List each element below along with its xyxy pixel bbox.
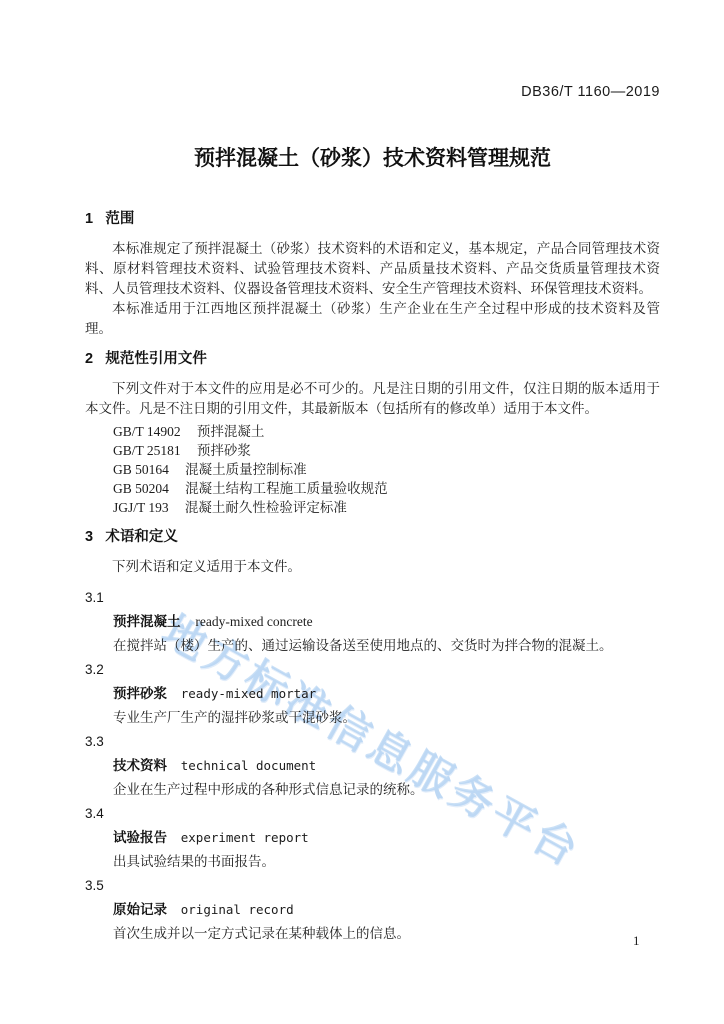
term-definition: 首次生成并以一定方式记录在某种载体上的信息。	[85, 922, 660, 946]
section-3-paragraph-1: 下列术语和定义适用于本文件。	[85, 557, 660, 577]
term-name-zh: 预拌砂浆	[113, 686, 167, 701]
doc-code: DB36/T 1160—2019	[85, 84, 660, 101]
document-page: 地方标准信息服务平台 DB36/T 1160—2019 预拌混凝土（砂浆）技术资…	[0, 0, 724, 1024]
term-name: 预拌砂浆ready-mixed mortar	[85, 682, 660, 706]
term-name-zh: 原始记录	[113, 902, 167, 917]
page-content: DB36/T 1160—2019 预拌混凝土（砂浆）技术资料管理规范 1范围 本…	[0, 0, 724, 946]
normative-references-list: GB/T 14902预拌混凝土 GB/T 25181预拌砂浆 GB 50164混…	[85, 422, 660, 517]
term-name-en: experiment report	[181, 830, 309, 845]
term-number: 3.3	[85, 730, 660, 754]
reference-code: GB/T 14902	[113, 424, 181, 439]
doc-title: 预拌混凝土（砂浆）技术资料管理规范	[85, 145, 660, 173]
section-1-paragraph-2: 本标准适用于江西地区预拌混凝土（砂浆）生产企业在生产全过程中形成的技术资料及管理…	[85, 299, 660, 339]
reference-item: GB/T 14902预拌混凝土	[85, 422, 660, 441]
reference-title: 混凝土结构工程施工质量验收规范	[185, 481, 388, 496]
term-definition: 专业生产厂生产的湿拌砂浆或干混砂浆。	[85, 706, 660, 730]
section-2-number: 2	[85, 351, 93, 367]
reference-code: GB 50164	[113, 462, 169, 477]
reference-item: GB 50204混凝土结构工程施工质量验收规范	[85, 479, 660, 498]
term-name-zh: 试验报告	[113, 830, 167, 845]
reference-title: 混凝土耐久性检验评定标准	[185, 500, 347, 515]
term-name-en: ready-mixed concrete	[195, 614, 312, 629]
term-definition: 企业在生产过程中形成的各种形式信息记录的统称。	[85, 778, 660, 802]
term-item: 3.2 预拌砂浆ready-mixed mortar 专业生产厂生产的湿拌砂浆或…	[85, 658, 660, 730]
term-definition: 出具试验结果的书面报告。	[85, 850, 660, 874]
reference-code: GB 50204	[113, 481, 169, 496]
reference-item: JGJ/T 193混凝土耐久性检验评定标准	[85, 498, 660, 517]
section-3-number: 3	[85, 529, 93, 545]
term-name-zh: 预拌混凝土	[113, 614, 181, 629]
term-number: 3.1	[85, 586, 660, 610]
term-name-en: ready-mixed mortar	[181, 686, 316, 701]
term-name: 试验报告experiment report	[85, 826, 660, 850]
term-item: 3.1 预拌混凝土ready-mixed concrete 在搅拌站（楼）生产的…	[85, 586, 660, 658]
section-1-number: 1	[85, 211, 93, 227]
section-3-title: 术语和定义	[105, 529, 178, 545]
term-name-en: technical document	[181, 758, 316, 773]
reference-code: JGJ/T 193	[113, 500, 169, 515]
reference-code: GB/T 25181	[113, 443, 181, 458]
term-name: 原始记录original record	[85, 898, 660, 922]
term-number: 3.4	[85, 802, 660, 826]
section-1-paragraph-1: 本标准规定了预拌混凝土（砂浆）技术资料的术语和定义，基本规定，产品合同管理技术资…	[85, 239, 660, 299]
term-item: 3.4 试验报告experiment report 出具试验结果的书面报告。	[85, 802, 660, 874]
section-3-heading: 3术语和定义	[85, 528, 660, 546]
section-2-title: 规范性引用文件	[105, 351, 207, 367]
term-number: 3.2	[85, 658, 660, 682]
reference-title: 混凝土质量控制标准	[185, 462, 307, 477]
reference-item: GB 50164混凝土质量控制标准	[85, 460, 660, 479]
page-number: 1	[633, 933, 640, 949]
term-definition: 在搅拌站（楼）生产的、通过运输设备送至使用地点的、交货时为拌合物的混凝土。	[85, 634, 660, 658]
term-name: 预拌混凝土ready-mixed concrete	[85, 610, 660, 634]
reference-item: GB/T 25181预拌砂浆	[85, 441, 660, 460]
reference-title: 预拌砂浆	[197, 443, 251, 458]
section-2-paragraph-1: 下列文件对于本文件的应用是必不可少的。凡是注日期的引用文件，仅注日期的版本适用于…	[85, 379, 660, 419]
section-2-heading: 2规范性引用文件	[85, 350, 660, 368]
term-name: 技术资料technical document	[85, 754, 660, 778]
term-item: 3.5 原始记录original record 首次生成并以一定方式记录在某种载…	[85, 874, 660, 946]
term-number: 3.5	[85, 874, 660, 898]
section-1-title: 范围	[105, 211, 134, 227]
term-name-zh: 技术资料	[113, 758, 167, 773]
reference-title: 预拌混凝土	[197, 424, 265, 439]
terms-list: 3.1 预拌混凝土ready-mixed concrete 在搅拌站（楼）生产的…	[85, 586, 660, 946]
section-1-heading: 1范围	[85, 210, 660, 228]
term-name-en: original record	[181, 902, 294, 917]
term-item: 3.3 技术资料technical document 企业在生产过程中形成的各种…	[85, 730, 660, 802]
